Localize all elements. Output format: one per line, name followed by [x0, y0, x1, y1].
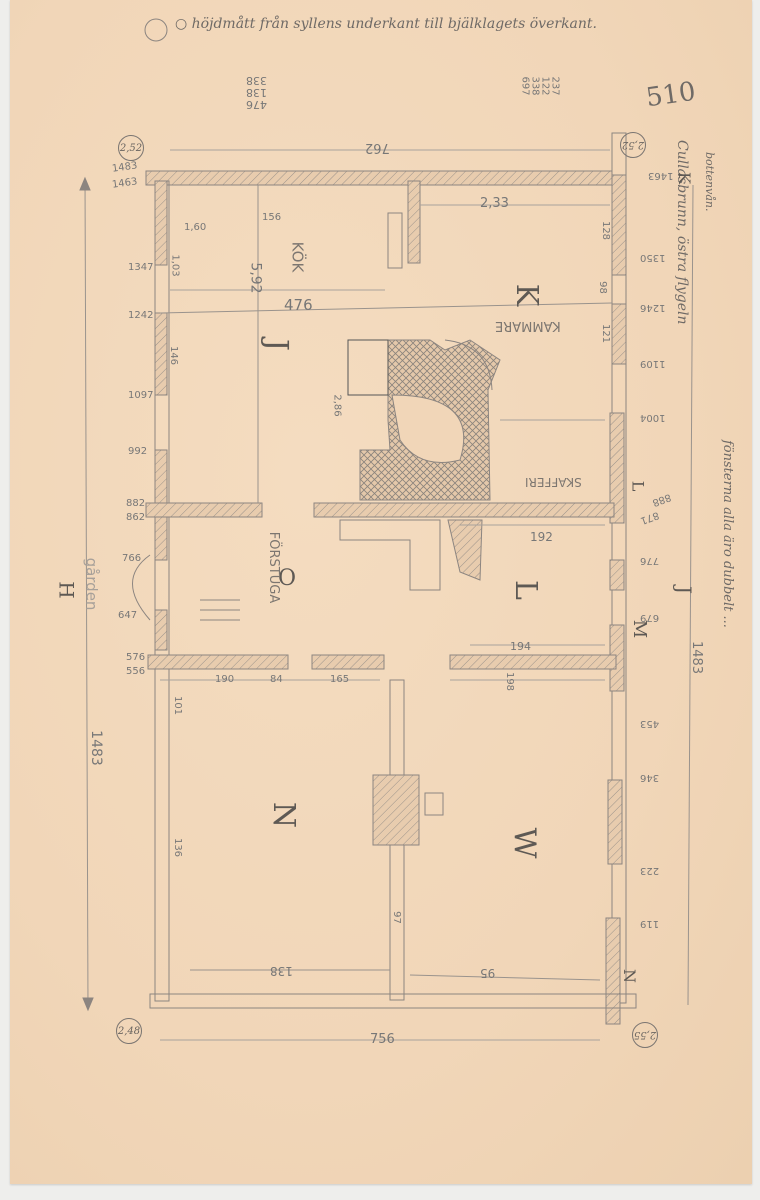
dim-192: 192: [530, 530, 553, 544]
dim-203: 97: [391, 911, 402, 924]
dim-height-left: 1483: [88, 730, 104, 766]
level-right-223: 223: [640, 865, 659, 876]
level-right-1350: 1350: [640, 252, 665, 263]
dim-435: 138: [270, 964, 293, 978]
level-right-1246: 1246: [640, 302, 665, 313]
dim-138-right: 121: [600, 324, 611, 343]
level-left-766: 766: [122, 553, 141, 564]
level-right-1109: 1109: [640, 358, 665, 369]
side-note-floor: bottenvån.: [703, 152, 716, 211]
outside-label-garden: gården: [82, 558, 100, 611]
dim-width-bottom: 756: [370, 1032, 395, 1047]
dim-286: 2,86: [332, 394, 343, 416]
wall-north: [146, 171, 612, 185]
level-right-453: 453: [640, 718, 659, 729]
dim-198: 198: [504, 672, 515, 691]
wall-kitchen-forstuga: [146, 503, 262, 517]
level-left-576: 576: [126, 652, 145, 663]
side-letter-H: H: [57, 581, 77, 598]
level-left-882: 882: [126, 498, 145, 509]
side-note-windows: fönsterna alla äro dubbelt ...: [720, 440, 735, 628]
level-right-776: 776: [640, 555, 659, 566]
room-name-kok: KÖK: [288, 242, 306, 273]
room-letter-east: W: [508, 828, 538, 859]
dim-101: 101: [172, 696, 183, 715]
room-name-skafferi: SKAFFERI: [525, 475, 582, 489]
dim-103-left: 1,03: [170, 254, 181, 276]
dim-194: 194: [510, 640, 531, 653]
dim-kitchen-depth: 5,92: [248, 262, 264, 293]
level-left-992: 992: [128, 446, 147, 457]
dim-kitchen-width: 476: [284, 296, 313, 314]
dim-height-right: 1483: [689, 641, 704, 674]
legend-circle: [145, 19, 167, 41]
corner-height-bottom-right: 2,55: [632, 1022, 658, 1048]
level-right-1004: 1004: [640, 412, 665, 423]
side-letter-L: L: [629, 481, 645, 492]
level-right-679: 679: [640, 612, 659, 623]
level-right-119: 119: [640, 918, 659, 929]
header-note: ○ höjdmått från syllens underkant till b…: [175, 16, 597, 32]
dim-146: 146: [168, 346, 179, 365]
dim-165: 165: [330, 674, 349, 685]
dim-113-right: 128: [600, 221, 611, 240]
room-letter-kammare: K: [511, 284, 541, 306]
dim-190: 190: [215, 674, 234, 685]
dim-156: 156: [262, 212, 281, 223]
level-left-647: 647: [118, 610, 137, 621]
side-letter-J: J: [674, 586, 694, 594]
corner-height-top-right: 2,52: [620, 132, 646, 158]
dim-84: 84: [270, 674, 283, 685]
corner-height-top-left: 2,52: [118, 135, 144, 161]
room-letter-west: N: [268, 802, 298, 828]
level-left-556: 556: [126, 666, 145, 677]
room-letter-skafferi: L: [510, 580, 540, 600]
dim-160: 1,60: [184, 222, 206, 233]
room-name-kammare: KAMMARE: [495, 318, 561, 333]
level-left-862: 862: [126, 512, 145, 523]
dim-136: 136: [172, 838, 183, 857]
level-left-1347: 1347: [128, 262, 153, 273]
level-right-346: 346: [640, 772, 659, 783]
room-name-forstuga: FÖRSTUGA: [266, 532, 281, 603]
level-left-1242: 1242: [128, 310, 153, 321]
dim-103-right: 98: [597, 281, 608, 294]
room-letter-kok: J: [261, 339, 291, 351]
side-letter-N: N: [621, 969, 637, 983]
dim-width-top: 762: [365, 140, 390, 155]
side-letter-K: K: [676, 172, 692, 184]
corner-height-bottom-left: 2,48: [116, 1018, 142, 1044]
level-left-1097: 1097: [128, 390, 153, 401]
dim-268: 95: [480, 966, 495, 980]
side-note-title: Cullasbrunn, östra flygeln: [674, 140, 690, 325]
dim-kammare-width: 2,33: [480, 196, 509, 211]
level-right-1463: 1463: [648, 170, 673, 181]
stove-room-n: [373, 775, 419, 845]
calc-top-right: 237122338697: [520, 76, 560, 95]
calc-top-left: 476138338: [246, 74, 267, 110]
